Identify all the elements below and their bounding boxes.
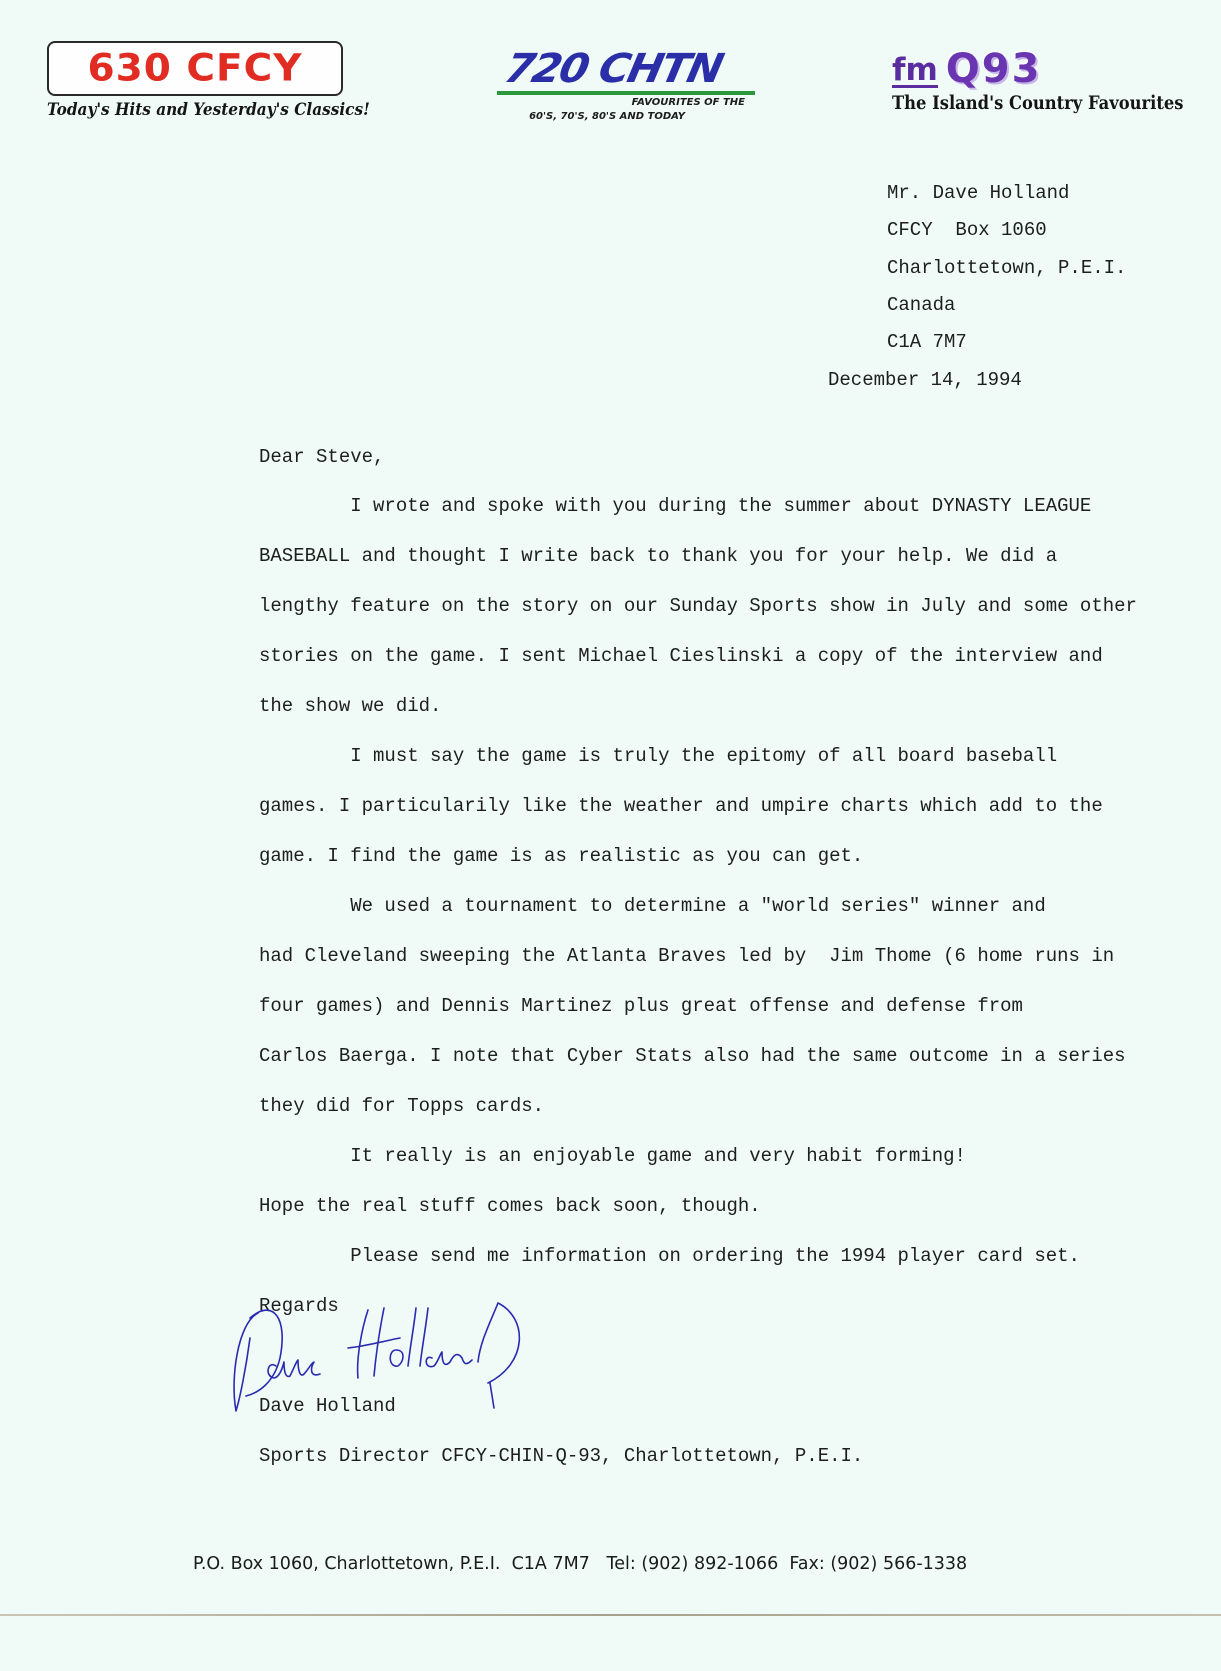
body-line: the show we did. bbox=[259, 695, 441, 717]
body-line: Hope the real stuff comes back soon, tho… bbox=[259, 1195, 761, 1217]
address-line: CFCY Box 1060 bbox=[887, 219, 1047, 241]
address-line: Canada bbox=[887, 294, 955, 316]
body-line: BASEBALL and thought I write back to tha… bbox=[259, 545, 1057, 567]
body-line: Carlos Baerga. I note that Cyber Stats a… bbox=[259, 1045, 1126, 1067]
cfcy-logo-box: 630 CFCY bbox=[47, 41, 343, 96]
q93-slogan: The Island's Country Favourites bbox=[892, 92, 1133, 114]
address-line: Charlottetown, P.E.I. bbox=[887, 257, 1126, 279]
body-line: four games) and Dennis Martinez plus gre… bbox=[259, 995, 1023, 1017]
cfcy-slogan: Today's Hits and Yesterday's Classics! bbox=[47, 100, 317, 120]
cfcy-logo-name: 630 CFCY bbox=[87, 47, 302, 90]
chtn-tagline-2: 60'S, 70'S, 80'S AND TODAY bbox=[495, 111, 765, 123]
body-line: lengthy feature on the story on our Sund… bbox=[259, 595, 1137, 617]
signature-title: Sports Director CFCY-CHIN-Q-93, Charlott… bbox=[259, 1445, 863, 1467]
salutation: Dear Steve, bbox=[259, 446, 384, 468]
body-line: We used a tournament to determine a "wor… bbox=[259, 895, 1046, 917]
chtn-tagline-1: FAVOURITES OF THE bbox=[495, 97, 765, 109]
address-line: C1A 7M7 bbox=[887, 331, 967, 353]
body-line: stories on the game. I sent Michael Cies… bbox=[259, 645, 1103, 667]
chtn-logo: 720 CHTN FAVOURITES OF THE 60'S, 70'S, 8… bbox=[495, 48, 765, 123]
body-line: I must say the game is truly the epitomy… bbox=[259, 745, 1057, 767]
letter-date: December 14, 1994 bbox=[828, 369, 1022, 391]
body-line: games. I particularily like the weather … bbox=[259, 795, 1103, 817]
cfcy-logo: 630 CFCY Today's Hits and Yesterday's Cl… bbox=[47, 41, 347, 120]
q93-fm-prefix: fm bbox=[892, 55, 938, 88]
q93-logo: fm Q93 The Island's Country Favourites bbox=[892, 50, 1172, 114]
chtn-logo-name: 720 CHTN bbox=[491, 48, 783, 90]
paper-fold-line bbox=[0, 1614, 1221, 1616]
body-line: Please send me information on ordering t… bbox=[259, 1245, 1080, 1267]
q93-logo-name: Q93 bbox=[946, 50, 1042, 88]
body-line: It really is an enjoyable game and very … bbox=[259, 1145, 966, 1167]
body-line: they did for Topps cards. bbox=[259, 1095, 544, 1117]
letterhead-footer: P.O. Box 1060, Charlottetown, P.E.I. C1A… bbox=[193, 1554, 967, 1574]
body-line: game. I find the game is as realistic as… bbox=[259, 845, 863, 867]
signature-name: Dave Holland bbox=[259, 1395, 396, 1417]
address-line: Mr. Dave Holland bbox=[887, 182, 1069, 204]
body-line: had Cleveland sweeping the Atlanta Brave… bbox=[259, 945, 1114, 967]
body-line: I wrote and spoke with you during the su… bbox=[259, 495, 1091, 517]
